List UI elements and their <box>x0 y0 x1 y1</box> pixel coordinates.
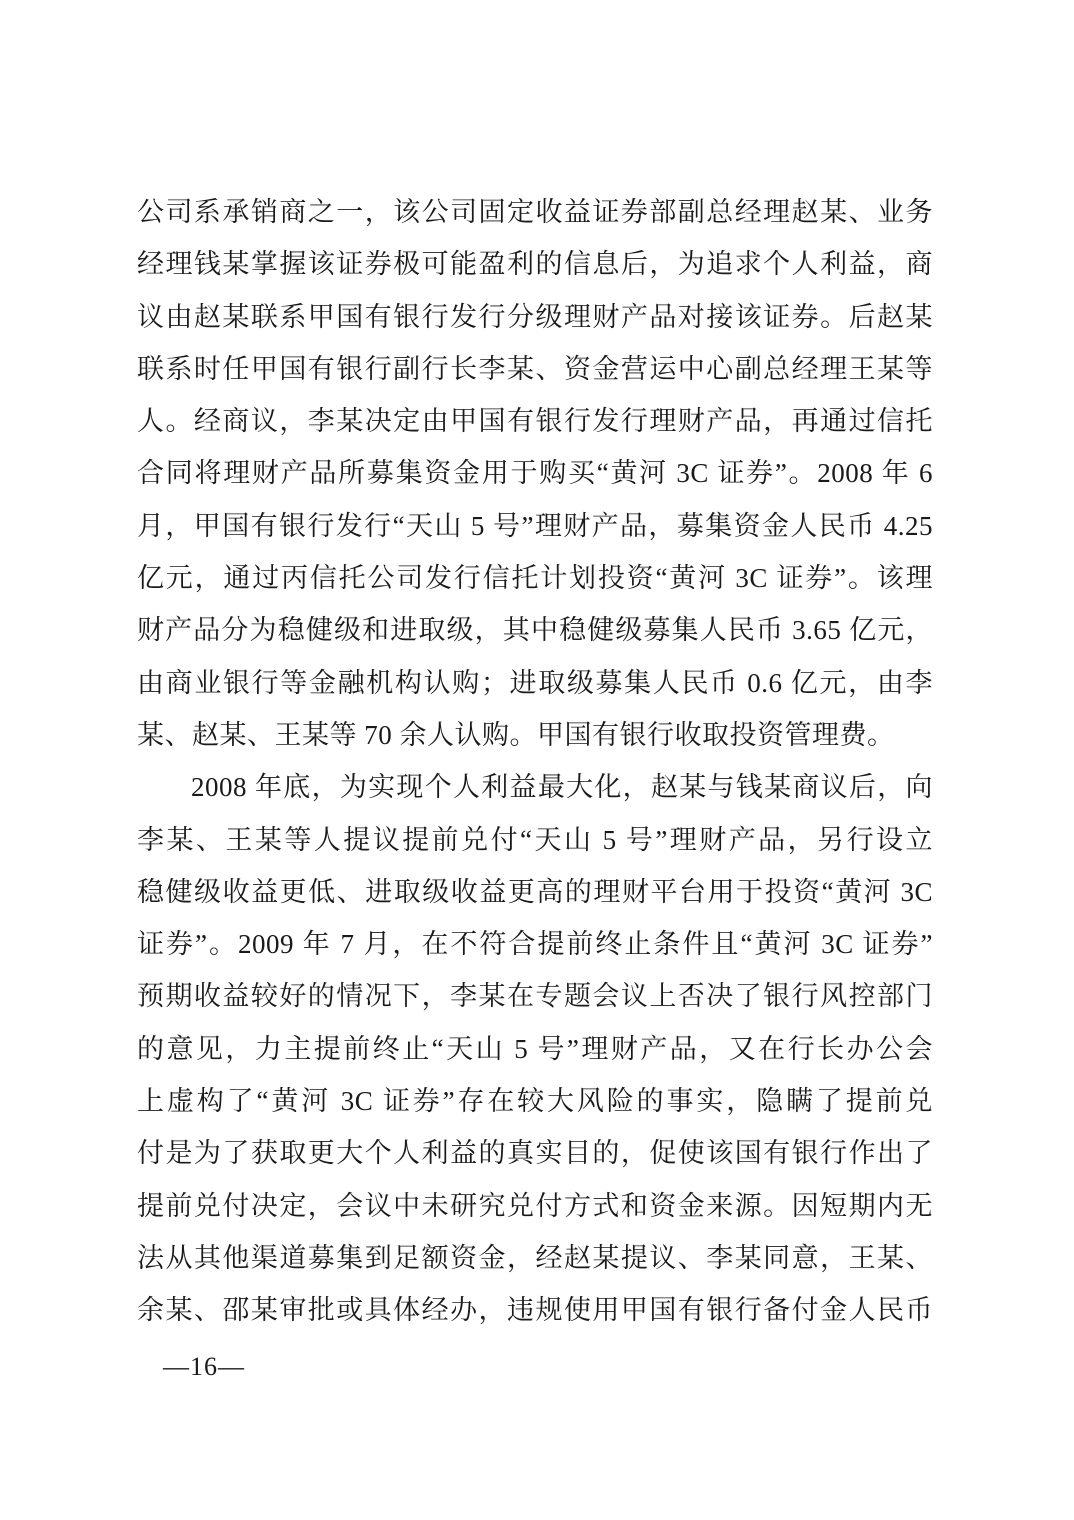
text-line: 合同将理财产品所募集资金用于购买“黄河 3C 证券”。2008 年 6 <box>137 447 933 499</box>
text-line: 提前兑付决定，会议中未研究兑付方式和资金来源。因短期内无 <box>137 1180 933 1232</box>
text-line: 李某、王某等人提议提前兑付“天山 5 号”理财产品，另行设立 <box>137 814 933 866</box>
text-line: 2008 年底，为实现个人利益最大化，赵某与钱某商议后，向 <box>137 761 933 813</box>
text-line: 人。经商议，李某决定由甲国有银行发行理财产品，再通过信托 <box>137 395 933 447</box>
text-line: 经理钱某掌握该证券极可能盈利的信息后，为追求个人利益，商 <box>137 238 933 290</box>
text-line: 联系时任甲国有银行副行长李某、资金营运中心副总经理王某等 <box>137 343 933 395</box>
document-page: 公司系承销商之一，该公司固定收益证券部副总经理赵某、业务经理钱某掌握该证券极可能… <box>0 0 1074 1520</box>
text-line: 亿元，通过丙信托公司发行信托计划投资“黄河 3C 证券”。该理 <box>137 552 933 604</box>
text-line: 预期收益较好的情况下，李某在专题会议上否决了银行风控部门 <box>137 970 933 1022</box>
text-line: 公司系承销商之一，该公司固定收益证券部副总经理赵某、业务 <box>137 186 933 238</box>
text-line: 某、赵某、王某等 70 余人认购。甲国有银行收取投资管理费。 <box>137 709 933 761</box>
text-line: 议由赵某联系甲国有银行发行分级理财产品对接该证券。后赵某 <box>137 291 933 343</box>
text-line: 法从其他渠道募集到足额资金，经赵某提议、李某同意，王某、 <box>137 1232 933 1284</box>
text-line: 由商业银行等金融机构认购；进取级募集人民币 0.6 亿元，由李 <box>137 657 933 709</box>
text-line: 余某、邵某审批或具体经办，违规使用甲国有银行备付金人民币 <box>137 1284 933 1336</box>
text-line: 的意见，力主提前终止“天山 5 号”理财产品，又在行长办公会 <box>137 1023 933 1075</box>
text-line: 付是为了获取更大个人利益的真实目的，促使该国有银行作出了 <box>137 1127 933 1179</box>
document-body: 公司系承销商之一，该公司固定收益证券部副总经理赵某、业务经理钱某掌握该证券极可能… <box>137 186 933 1337</box>
text-line: 财产品分为稳健级和进取级，其中稳健级募集人民币 3.65 亿元， <box>137 604 933 656</box>
text-line: 证券”。2009 年 7 月，在不符合提前终止条件且“黄河 3C 证券” <box>137 918 933 970</box>
text-line: 稳健级收益更低、进取级收益更高的理财平台用于投资“黄河 3C <box>137 866 933 918</box>
text-line: 月，甲国有银行发行“天山 5 号”理财产品，募集资金人民币 4.25 <box>137 500 933 552</box>
text-line: 上虚构了“黄河 3C 证券”存在较大风险的事实，隐瞒了提前兑 <box>137 1075 933 1127</box>
page-number: —16— <box>163 1351 245 1383</box>
